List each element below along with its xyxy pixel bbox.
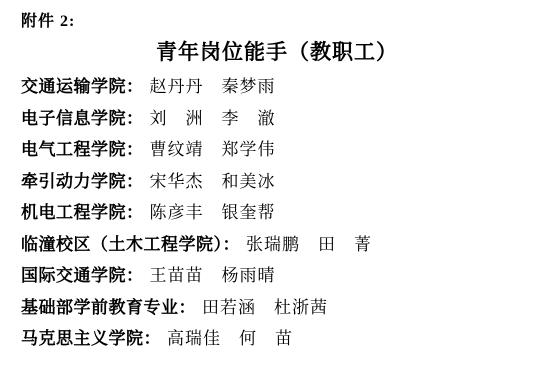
entry-row: 交通运输学院：赵丹丹 秦梦雨 [21,71,544,103]
entry-row: 国际交通学院：王苗苗 杨雨晴 [21,260,544,292]
entry-names: 王苗苗 杨雨晴 [150,266,276,285]
entry-label: 牵引动力学院： [21,172,144,191]
entry-names: 高瑞佳 何 苗 [167,329,293,348]
entry-row: 机电工程学院：陈彦丰 银奎帮 [21,197,544,229]
entry-label: 电子信息学院： [21,109,144,128]
entry-row: 马克思主义学院：高瑞佳 何 苗 [21,323,544,355]
entry-label: 临潼校区（土木工程学院）： [21,235,240,254]
entry-row: 电气工程学院：曹纹靖 郑学伟 [21,134,544,166]
entry-label: 基础部学前教育专业： [21,298,196,317]
entry-names: 曹纹靖 郑学伟 [150,140,276,159]
entry-row: 临潼校区（土木工程学院）：张瑞鹏 田 菁 [21,229,544,261]
entry-names: 田若涵 杜浙茜 [202,298,328,317]
document-page: 附件 2: 青年岗位能手（教职工） 交通运输学院：赵丹丹 秦梦雨 电子信息学院：… [0,0,554,369]
entry-names: 刘 洲 李 澈 [150,109,276,128]
entry-label: 交通运输学院： [21,77,144,96]
entry-names: 赵丹丹 秦梦雨 [150,77,276,96]
entry-label: 国际交通学院： [21,266,144,285]
entry-label: 电气工程学院： [21,140,144,159]
entry-names: 张瑞鹏 田 菁 [246,235,372,254]
entry-label: 机电工程学院： [21,203,144,222]
entry-row: 基础部学前教育专业：田若涵 杜浙茜 [21,292,544,324]
attachment-label: 附件 2: [21,8,75,31]
entry-list: 交通运输学院：赵丹丹 秦梦雨 电子信息学院：刘 洲 李 澈 电气工程学院：曹纹靖… [21,71,544,355]
entry-label: 马克思主义学院： [21,329,161,348]
page-title: 青年岗位能手（教职工） [0,36,554,66]
entry-row: 牵引动力学院：宋华杰 和美冰 [21,166,544,198]
entry-names: 宋华杰 和美冰 [150,172,276,191]
entry-names: 陈彦丰 银奎帮 [150,203,276,222]
entry-row: 电子信息学院：刘 洲 李 澈 [21,103,544,135]
